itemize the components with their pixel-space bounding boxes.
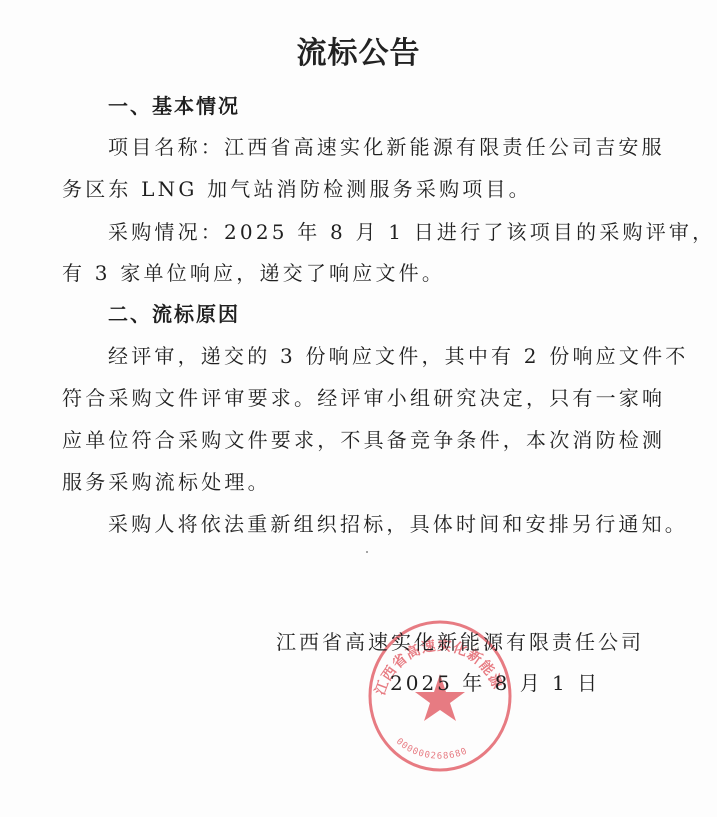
document-title: 流标公告	[0, 28, 717, 72]
stamp-code: 000000268680	[394, 737, 469, 762]
signature-organization: 江西省高速实化新能源有限责任公司	[276, 626, 644, 655]
paragraph-line: 经评审，递交的 3 份响应文件，其中有 2 份响应文件不	[108, 340, 688, 369]
paragraph-line: 应单位符合采购文件要求，不具备竞争条件，本次消防检测	[62, 424, 665, 453]
section-heading-basic-info: 一、基本情况	[108, 90, 240, 119]
section-heading-failure-reason: 二、流标原因	[108, 298, 240, 327]
signature-date: 2025 年 8 月 1 日	[390, 667, 600, 696]
paragraph-line: 项目名称：江西省高速实化新能源有限责任公司吉安服	[108, 131, 665, 160]
paragraph-line: 务区东 LNG 加气站消防检测服务采购项目。	[62, 173, 532, 202]
paragraph-line: 有 3 家单位响应，递交了响应文件。	[62, 257, 445, 286]
paragraph-line: 采购人将依法重新组织招标，具体时间和安排另行通知。	[108, 508, 688, 537]
paragraph-line: 服务采购流标处理。	[62, 466, 271, 495]
scan-speck	[366, 551, 368, 553]
paragraph-line: 符合采购文件评审要求。经评审小组研究决定，只有一家响	[62, 382, 665, 411]
document-page: 流标公告 一、基本情况 项目名称：江西省高速实化新能源有限责任公司吉安服 务区东…	[0, 0, 717, 817]
paragraph-line: 采购情况：2025 年 8 月 1 日进行了该项目的采购评审，	[108, 216, 715, 245]
svg-text:000000268680: 000000268680	[394, 737, 469, 762]
